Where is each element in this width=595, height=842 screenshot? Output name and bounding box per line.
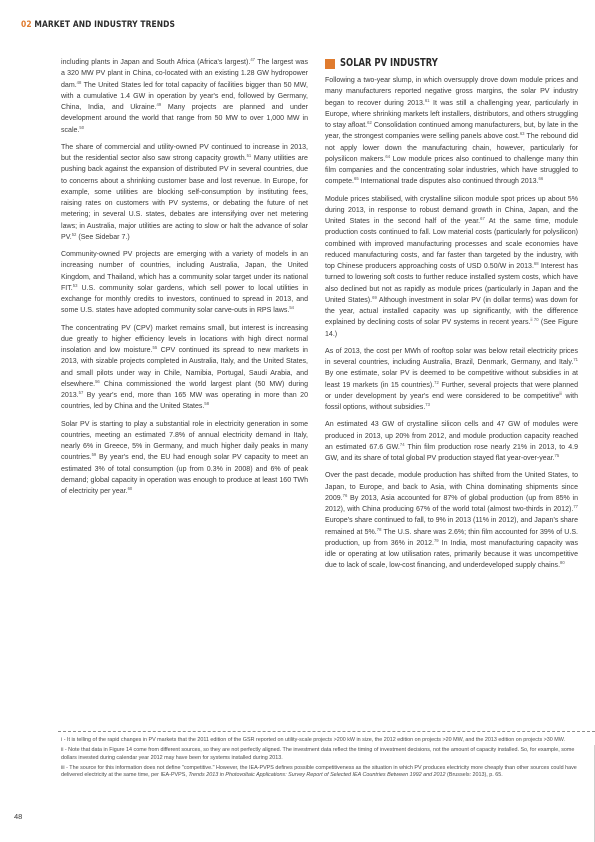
paragraph: The share of commercial and utility-owne… <box>61 142 308 243</box>
footnote-reference: 72 <box>434 380 439 385</box>
footnotes: i - It is telling of the rapid changes i… <box>61 737 581 782</box>
page-number: 48 <box>14 812 22 821</box>
footnote-reference: 74 <box>400 442 405 447</box>
footnote-reference: 58 <box>204 401 209 406</box>
footnote-reference: 75 <box>555 453 560 458</box>
footnote-reference: 48 <box>77 80 82 85</box>
footnote-reference: 65 <box>354 176 359 181</box>
paragraph: iii - The source for this information do… <box>61 765 581 780</box>
paragraph: including plants in Japan and South Afri… <box>61 57 308 136</box>
right-column: SOLAR PV INDUSTRY Following a two-year s… <box>325 57 578 578</box>
footnote-reference: 73 <box>425 402 430 407</box>
footnote-reference: 60 <box>128 486 133 491</box>
footnote-reference: 62 <box>367 120 372 125</box>
paragraph: Solar PV is starting to play a substanti… <box>61 419 308 498</box>
paragraph: An estimated 43 GW of crystalline silico… <box>325 419 578 464</box>
footnote-reference: 67 <box>480 216 485 221</box>
footnote-reference: ii 70 <box>531 317 539 322</box>
chapter-title: MARKET AND INDUSTRY TRENDS <box>34 19 175 30</box>
footnote-reference: 77 <box>573 504 578 509</box>
footnote-reference: 55 <box>153 345 158 350</box>
footnote-reference: 51 <box>247 153 252 158</box>
orange-square-icon <box>325 59 335 69</box>
paragraph: i - It is telling of the rapid changes i… <box>61 737 581 744</box>
left-column: including plants in Japan and South Afri… <box>61 57 308 503</box>
section-heading: SOLAR PV INDUSTRY <box>325 57 578 70</box>
footnote-reference: 63 <box>520 131 525 136</box>
footnote-reference: 79 <box>434 538 439 543</box>
section-title: SOLAR PV INDUSTRY <box>340 58 438 69</box>
italic-citation: Trends 2013 in Photovoltaic Applications… <box>188 772 445 778</box>
right-column-body: Following a two-year slump, in which ove… <box>325 75 578 572</box>
paragraph: As of 2013, the cost per MWh of rooftop … <box>325 346 578 414</box>
footnote-reference: 47 <box>250 57 255 62</box>
chapter-number: 02 <box>21 19 32 30</box>
paragraph: Following a two-year slump, in which ove… <box>325 75 578 188</box>
footnote-reference: 50 <box>79 125 84 130</box>
paragraph: ii - Note that data in Figure 14 come fr… <box>61 747 581 762</box>
paragraph: Module prices stabilised, with crystalli… <box>325 194 578 340</box>
footnote-reference: 80 <box>560 560 565 565</box>
footnote-reference: 54 <box>289 305 294 310</box>
footnote-reference: 61 <box>425 98 430 103</box>
footnote-reference: 52 <box>72 232 77 237</box>
footnote-reference: 78 <box>377 527 382 532</box>
footnote-reference: 71 <box>573 357 578 362</box>
footnote-reference: 66 <box>539 176 544 181</box>
footnote-reference: 59 <box>92 452 97 457</box>
footnote-reference: 76 <box>343 493 348 498</box>
footnote-reference: 68 <box>534 261 539 266</box>
footnote-reference: 49 <box>157 102 162 107</box>
chapter-header: 02 MARKET AND INDUSTRY TRENDS <box>21 19 175 30</box>
paragraph: Community-owned PV projects are emerging… <box>61 249 308 317</box>
paragraph: The concentrating PV (CPV) market remain… <box>61 323 308 413</box>
footnote-reference: 53 <box>73 283 78 288</box>
footnote-reference: iii <box>559 391 562 396</box>
paragraph: Over the past decade, module production … <box>325 470 578 571</box>
footnote-reference: 69 <box>372 295 377 300</box>
footnote-divider <box>58 731 595 732</box>
footnote-reference: 64 <box>385 154 390 159</box>
footnote-reference: 57 <box>79 390 84 395</box>
footnote-reference: 56 <box>95 379 100 384</box>
